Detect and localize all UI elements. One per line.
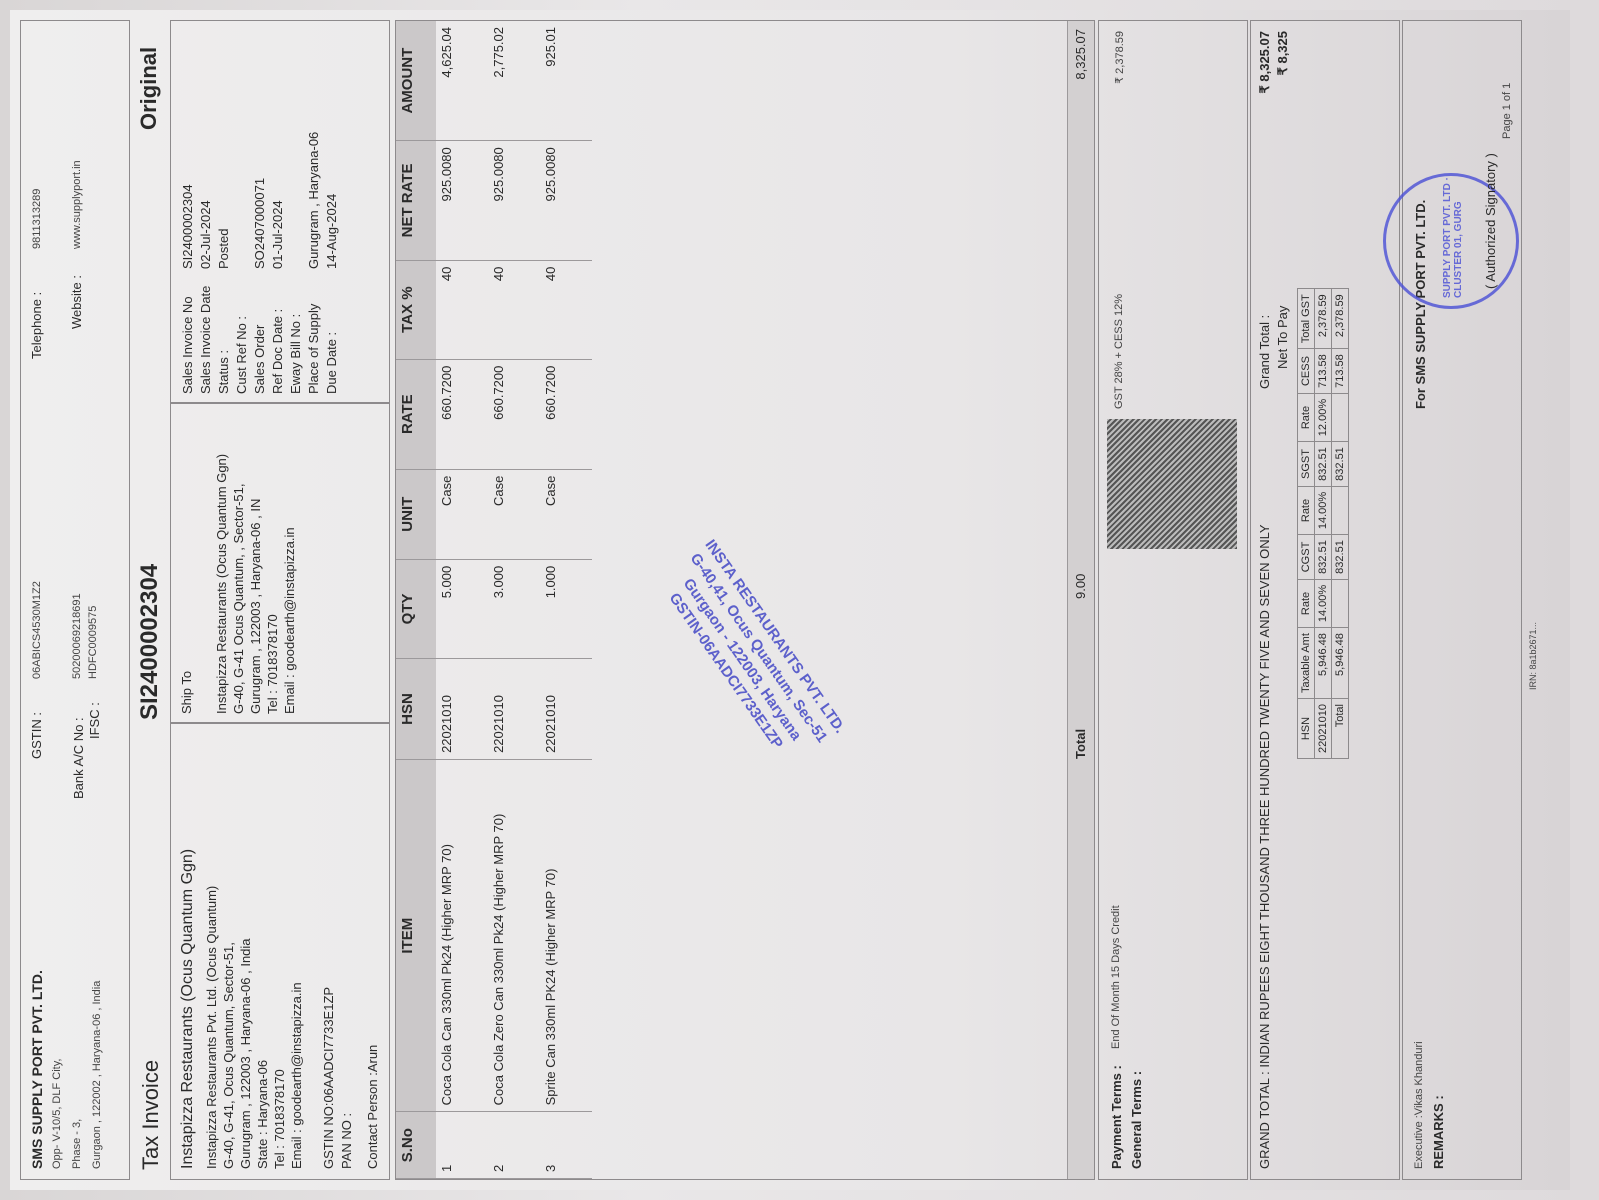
gst-cell: 832.51 <box>1315 442 1332 487</box>
table-cell: 3.000 <box>488 559 540 658</box>
irn: IRN: 8a1b2671... <box>1528 622 1538 690</box>
ship-to-line: G-40, G-41 Ocus Quantum, , Sector-51, <box>230 454 247 714</box>
gst-column-header: HSN <box>1298 699 1315 759</box>
gst-cell: 2,378.59 <box>1315 289 1332 349</box>
seller-address-1: Opp- V-10/5, DLF City, <box>51 1059 63 1169</box>
gst-header-row: HSNTaxable AmtRateCGSTRateSGSTRateCESSTo… <box>1298 289 1315 759</box>
divider <box>171 403 389 405</box>
net-to-pay-value: ₹ 8,325 <box>1275 31 1291 75</box>
footer-section: Executive :Vikas Khanduri REMARKS : For … <box>1402 20 1522 1180</box>
meta-label: Due Date : <box>323 269 341 394</box>
meta-label: Ref Doc Date : <box>269 269 287 394</box>
ifsc-code: HDFC0009575 <box>87 606 99 679</box>
gst-cell: 832.51 <box>1315 535 1332 580</box>
remarks-label: REMARKS : <box>1431 1095 1446 1169</box>
meta-label: Sales Invoice Date <box>197 269 215 394</box>
column-header: TAX % <box>396 260 436 359</box>
column-header: QTY <box>396 559 436 658</box>
column-header: NET RATE <box>396 141 436 260</box>
gst-cell: 832.51 <box>1332 535 1349 580</box>
gst-cell <box>1332 486 1349 534</box>
column-header: RATE <box>396 359 436 469</box>
grand-total-label: Grand Total : <box>1257 315 1272 389</box>
website-label: Website : <box>69 275 84 329</box>
bill-to-gstin: GSTIN NO:06AADCI7733E1ZP <box>321 987 336 1169</box>
ship-to-line: Instapizza Restaurants (Ocus Quantum Ggn… <box>213 454 230 714</box>
bill-to-line: Tel : 7018378170 <box>271 886 288 1169</box>
meta-label: Eway Bill No : <box>287 269 305 394</box>
table-cell: 22021010 <box>436 659 488 760</box>
copy-label: Original <box>136 47 162 130</box>
table-cell: 40 <box>540 260 592 359</box>
ship-to-address: Instapizza Restaurants (Ocus Quantum Ggn… <box>213 454 298 714</box>
gst-column-header: SGST <box>1298 442 1315 487</box>
meta-value: 01-Jul-2024 <box>269 200 287 269</box>
table-row: 2Coca Cola Zero Can 330ml Pk24 (Higher M… <box>488 21 540 1179</box>
party-details: Instapizza Restaurants (Ocus Quantum Ggn… <box>170 20 390 1180</box>
total-amount: 8,325.07 <box>1073 29 1088 80</box>
column-header: ITEM <box>396 759 436 1111</box>
gst-cell: Total <box>1332 699 1349 759</box>
gst-cell: 14.00% <box>1315 486 1332 534</box>
gst-cell: 5,946.48 <box>1315 628 1332 699</box>
seller-address-3: Gurgaon , 122002 , Haryana-06 , India <box>91 981 103 1169</box>
table-cell: 40 <box>488 260 540 359</box>
table-cell: 2,775.02 <box>488 21 540 141</box>
table-cell: 925.0080 <box>436 141 488 260</box>
table-cell: 660.7200 <box>436 359 488 469</box>
gst-cell <box>1332 579 1349 627</box>
table-cell: 3 <box>540 1112 592 1179</box>
gst-column-header: Taxable Amt <box>1298 628 1315 699</box>
table-cell: Case <box>540 469 592 559</box>
meta-row: Sales OrderSO2407000071 <box>251 132 269 394</box>
gst-cell: 22021010 <box>1315 699 1332 759</box>
table-cell: 925.0080 <box>488 141 540 260</box>
gst-cell: 713.58 <box>1315 349 1332 394</box>
bank-account: 50200069218691 <box>71 593 83 679</box>
ship-to-line: Gurugram , 122003 , Haryana-06 , IN <box>247 454 264 714</box>
seller-address-2: Phase - 3, <box>71 1119 83 1169</box>
table-cell: 660.7200 <box>540 359 592 469</box>
gst-column-header: Rate <box>1298 579 1315 627</box>
grand-total-value: ₹ 8,325.07 <box>1257 31 1273 94</box>
column-header: UNIT <box>396 469 436 559</box>
gstin-label: GSTIN : <box>29 712 44 759</box>
bill-to-line: Instapizza Restaurants Pvt. Ltd. (Ocus Q… <box>203 886 220 1169</box>
meta-label: Cust Ref No : <box>233 269 251 394</box>
meta-row: Place of SupplyGurugram , Haryana-06 <box>305 132 323 394</box>
amount-in-words: GRAND TOTAL : INDIAN RUPEES EIGHT THOUSA… <box>1257 409 1272 1169</box>
seller-gstin: 06ABICS4530M1Z2 <box>31 581 43 679</box>
table-cell: 40 <box>436 260 488 359</box>
meta-row: Sales Invoice Date02-Jul-2024 <box>197 132 215 394</box>
bill-to-line: Email : goodearth@instapizza.in <box>288 886 305 1169</box>
meta-row: Due Date :14-Aug-2024 <box>323 132 341 394</box>
gst-row: 220210105,946.4814.00%832.5114.00%832.51… <box>1315 289 1332 759</box>
bill-to-line: Gurugram , 122003 , Haryana-06 , India <box>237 886 254 1169</box>
items-header-row: S.NoITEMHSNQTYUNITRATETAX %NET RATEAMOUN… <box>396 21 436 1179</box>
meta-value: Gurugram , Haryana-06 <box>305 132 323 269</box>
gst-column-header: CGST <box>1298 535 1315 580</box>
divider <box>171 723 389 725</box>
meta-label: Sales Invoice No <box>179 269 197 394</box>
bill-to-contact: Contact Person :Arun <box>365 1045 380 1169</box>
table-cell: 1 <box>436 1112 488 1179</box>
seller-name: SMS SUPPLY PORT PVT. LTD. <box>29 970 45 1169</box>
meta-value: SO2407000071 <box>251 178 269 269</box>
items-grid: S.NoITEMHSNQTYUNITRATETAX %NET RATEAMOUN… <box>396 21 592 1179</box>
meta-value: 14-Aug-2024 <box>323 194 341 269</box>
table-cell: Coca Cola Can 330ml Pk24 (Higher MRP 70) <box>436 759 488 1111</box>
table-row: 1Coca Cola Can 330ml Pk24 (Higher MRP 70… <box>436 21 488 1179</box>
bill-to-line: State : Haryana-06 <box>254 886 271 1169</box>
gst-cell: 12.00% <box>1315 393 1332 441</box>
table-cell: Sprite Can 330ml PK24 (Higher MRP 70) <box>540 759 592 1111</box>
meta-value: Posted <box>215 229 233 269</box>
gst-column-header: CESS <box>1298 349 1315 394</box>
bill-to-name: Instapizza Restaurants (Ocus Quantum Ggn… <box>179 849 197 1169</box>
column-header: AMOUNT <box>396 21 436 141</box>
seller-header: SMS SUPPLY PORT PVT. LTD. Opp- V-10/5, D… <box>20 20 130 1180</box>
bill-to-pan: PAN NO : <box>339 1113 354 1169</box>
bank-label: Bank A/C No : <box>71 717 86 799</box>
table-row: 3Sprite Can 330ml PK24 (Higher MRP 70)22… <box>540 21 592 1179</box>
bill-to-line: G-40, G-41, Ocus Quantum, Sector-51, <box>220 886 237 1169</box>
bill-to-address: Instapizza Restaurants Pvt. Ltd. (Ocus Q… <box>203 886 305 1169</box>
payment-terms-label: Payment Terms : <box>1109 1065 1124 1169</box>
net-to-pay-label: Net To Pay <box>1275 306 1290 369</box>
table-cell: 2 <box>488 1112 540 1179</box>
gst-column-header: Rate <box>1298 486 1315 534</box>
grand-total-section: GRAND TOTAL : INDIAN RUPEES EIGHT THOUSA… <box>1250 20 1400 1180</box>
meta-row: Eway Bill No : <box>287 132 305 394</box>
meta-row: Ref Doc Date :01-Jul-2024 <box>269 132 287 394</box>
gst-cell: 2,378.59 <box>1332 289 1349 349</box>
table-cell: Case <box>436 469 488 559</box>
table-cell: 660.7200 <box>488 359 540 469</box>
invoice-meta: Sales Invoice NoSI2400002304Sales Invoic… <box>179 132 341 394</box>
tax-summary-label: GST 28% + CESS 12% <box>1113 294 1125 409</box>
meta-value: 02-Jul-2024 <box>197 200 215 269</box>
table-cell: 925.01 <box>540 21 592 141</box>
invoice-page: SMS SUPPLY PORT PVT. LTD. Opp- V-10/5, D… <box>10 10 1570 1190</box>
gst-cell: 5,946.48 <box>1332 628 1349 699</box>
meta-row: Cust Ref No : <box>233 132 251 394</box>
meta-label: Status : <box>215 269 233 394</box>
table-cell: 1.000 <box>540 559 592 658</box>
telephone-label: Telephone : <box>29 292 44 359</box>
gst-column-header: Rate <box>1298 393 1315 441</box>
ship-to-label: Ship To <box>179 671 194 714</box>
seller-seal: SUPPLY PORT PVT. LTD · CLUSTER 01, GURG <box>1383 173 1519 309</box>
total-label: Total <box>1073 729 1088 759</box>
qr-code <box>1107 419 1237 549</box>
items-total-row: Total 9.00 8,325.07 <box>1067 21 1094 1179</box>
gst-cell: 713.58 <box>1332 349 1349 394</box>
doc-title: Tax Invoice <box>138 1060 164 1170</box>
ship-to-line: Email : goodearth@instapizza.in <box>281 454 298 714</box>
meta-label: Sales Order <box>251 269 269 394</box>
ship-to-line: Tel : 7018378170 <box>264 454 281 714</box>
general-terms-label: General Terms : <box>1129 1071 1144 1169</box>
table-cell: Case <box>488 469 540 559</box>
table-cell: 22021010 <box>540 659 592 760</box>
meta-label: Place of Supply <box>305 269 323 394</box>
gst-column-header: Total GST <box>1298 289 1315 349</box>
payment-terms-value: End Of Month 15 Days Credit <box>1110 905 1122 1049</box>
invoice-number: SI2400002304 <box>136 564 164 720</box>
gst-cell: 14.00% <box>1315 579 1332 627</box>
column-header: S.No <box>396 1112 436 1179</box>
authorized-signatory: ( Authorized Signatory ) <box>1483 153 1498 289</box>
table-cell: 5.000 <box>436 559 488 658</box>
telephone: 9811313289 <box>31 189 43 249</box>
table-cell: 925.0080 <box>540 141 592 260</box>
gst-cell: 832.51 <box>1332 442 1349 487</box>
gst-row: Total5,946.48832.51832.51713.582,378.59 <box>1332 289 1349 759</box>
ifsc-label: IFSC : <box>87 702 102 739</box>
gst-cell <box>1332 393 1349 441</box>
total-qty: 9.00 <box>1073 574 1088 599</box>
seal-text: SUPPLY PORT PVT. LTD · CLUSTER 01, GURG <box>1442 176 1464 298</box>
terms-section: Payment Terms : End Of Month 15 Days Cre… <box>1098 20 1248 1180</box>
table-cell: 4,625.04 <box>436 21 488 141</box>
page-number: Page 1 of 1 <box>1501 83 1513 139</box>
tax-summary-value: ₹ 2,378.59 <box>1113 31 1126 84</box>
table-cell: 22021010 <box>488 659 540 760</box>
meta-value: SI2400002304 <box>179 184 197 269</box>
meta-row: Status :Posted <box>215 132 233 394</box>
executive: Executive :Vikas Khanduri <box>1413 1041 1425 1169</box>
column-header: HSN <box>396 659 436 760</box>
website: www.supplyport.in <box>71 160 83 249</box>
meta-row: Sales Invoice NoSI2400002304 <box>179 132 197 394</box>
table-cell: Coca Cola Zero Can 330ml Pk24 (Higher MR… <box>488 759 540 1111</box>
gst-summary-table: HSNTaxable AmtRateCGSTRateSGSTRateCESSTo… <box>1297 288 1349 759</box>
